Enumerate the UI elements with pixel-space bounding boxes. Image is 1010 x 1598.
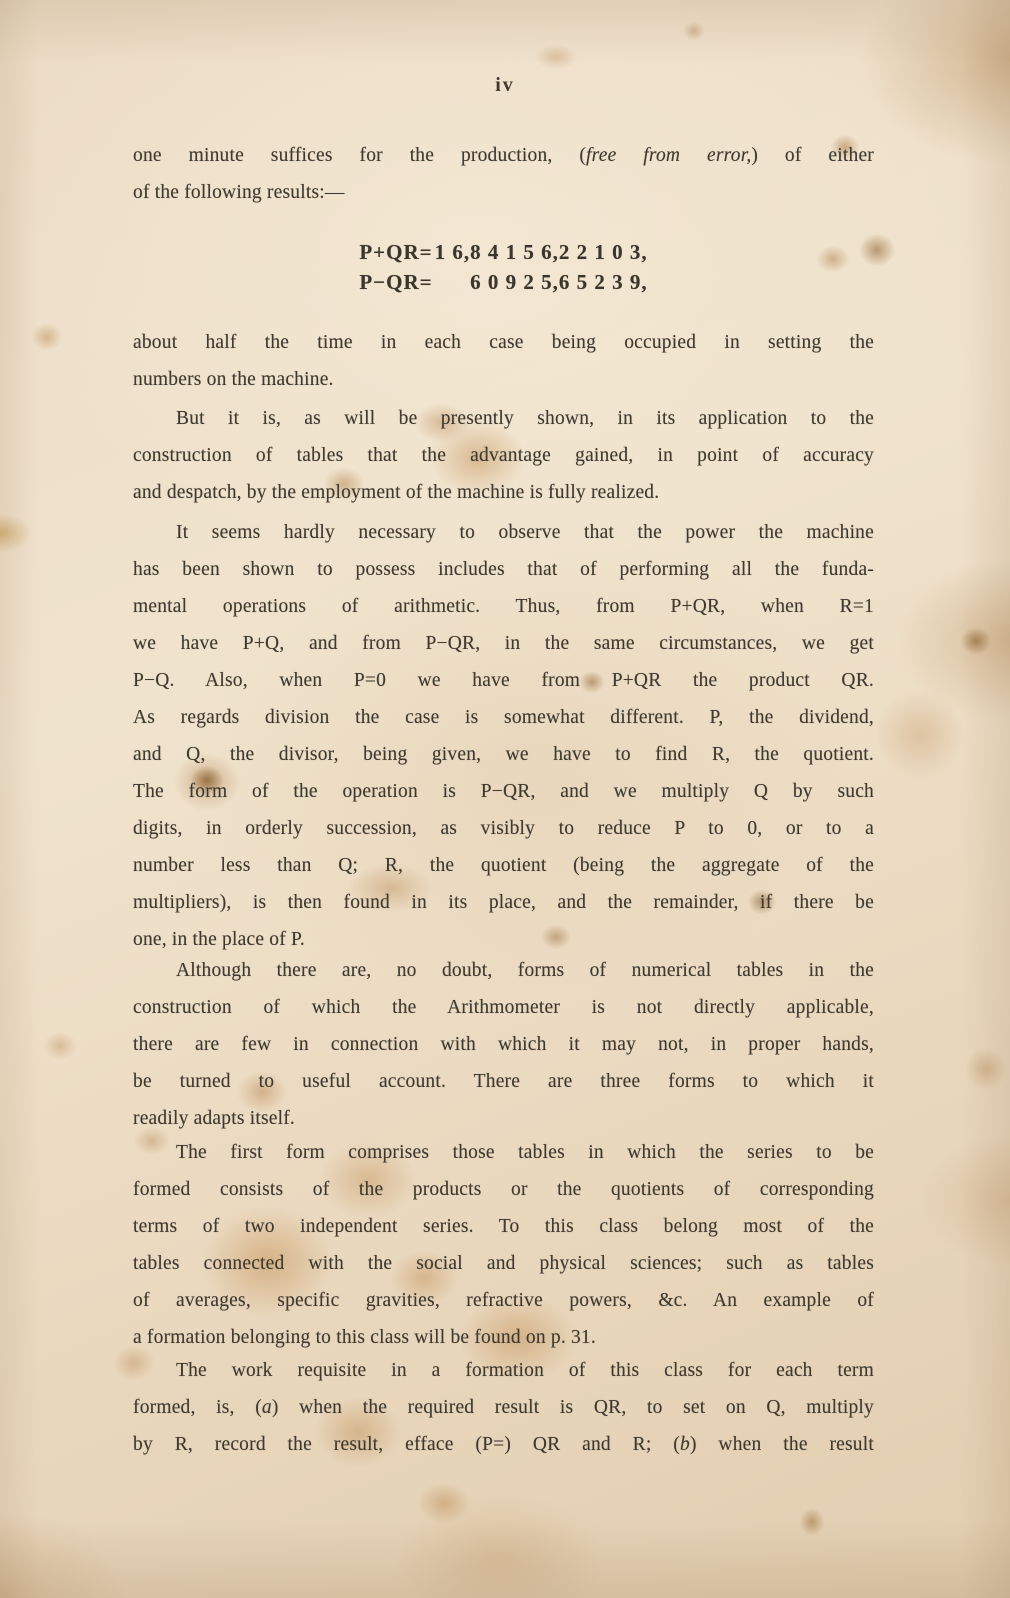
paragraph-first-form: The first form comprises those tables in… xyxy=(133,1134,874,1356)
text-segment: But it is, as will be presently shown, i… xyxy=(176,408,874,429)
text-segment: P−Q. Also, when P=0 we have from P+QR th… xyxy=(133,670,874,691)
text-segment: mental operations of arithmetic. Thus, f… xyxy=(133,596,874,617)
equation-label: P−QR= xyxy=(359,267,432,297)
text-segment: number less than Q; R, the quotient (bei… xyxy=(133,855,874,876)
text-segment: one minute suffices for the production, … xyxy=(133,145,586,166)
text-segment: be turned to useful account. There are t… xyxy=(133,1071,874,1092)
text-segment: tables connected with the social and phy… xyxy=(133,1253,874,1274)
text-segment: formed, is, ( xyxy=(133,1397,262,1418)
text-line: of averages, specific gravities, refract… xyxy=(133,1282,874,1319)
paragraph-but-it-is: But it is, as will be presently shown, i… xyxy=(133,400,874,511)
text-line: formed consists of the products or the q… xyxy=(133,1171,874,1208)
text-line: formed, is, (a) when the required result… xyxy=(133,1389,874,1426)
paragraph-although: Although there are, no doubt, forms of n… xyxy=(133,952,874,1137)
paragraph-about-half: about half the time in each case being o… xyxy=(133,324,874,398)
text-segment: Although there are, no doubt, forms of n… xyxy=(176,960,874,981)
text-segment: we have P+Q, and from P−QR, in the same … xyxy=(133,633,874,654)
equation-grid: P+QR=1 6,8 4 1 5 6,2 2 1 0 3,P−QR=6 0 9 … xyxy=(359,237,647,297)
text-line: tables connected with the social and phy… xyxy=(133,1245,874,1282)
text-segment: ) of either xyxy=(751,145,874,166)
text-segment: The work requisite in a formation of thi… xyxy=(176,1360,874,1381)
text-segment: about half the time in each case being o… xyxy=(133,332,874,353)
text-segment: has been shown to possess includes that … xyxy=(133,559,874,580)
text-line: has been shown to possess includes that … xyxy=(133,551,874,588)
text-segment: and despatch, by the employment of the m… xyxy=(133,482,659,503)
equation-value: 1 6,8 4 1 5 6,2 2 1 0 3, xyxy=(435,237,648,267)
text-line: The form of the operation is P−QR, and w… xyxy=(133,773,874,810)
text-line: and despatch, by the employment of the m… xyxy=(133,474,874,511)
text-line: one minute suffices for the production, … xyxy=(133,137,874,174)
text-line: But it is, as will be presently shown, i… xyxy=(133,400,874,437)
text-segment: As regards division the case is somewhat… xyxy=(133,707,874,728)
italic-text-segment: a xyxy=(262,1397,272,1418)
text-segment: by R, record the result, efface (P=) QR … xyxy=(133,1434,680,1455)
text-line: by R, record the result, efface (P=) QR … xyxy=(133,1426,874,1463)
equation-value: 6 0 9 2 5,6 5 2 3 9, xyxy=(435,267,648,297)
text-line: mental operations of arithmetic. Thus, f… xyxy=(133,588,874,625)
paragraph-work-requisite: The work requisite in a formation of thi… xyxy=(133,1352,874,1463)
text-segment: a formation belonging to this class will… xyxy=(133,1327,596,1348)
text-line: be turned to useful account. There are t… xyxy=(133,1063,874,1100)
text-line: we have P+Q, and from P−QR, in the same … xyxy=(133,625,874,662)
text-line: construction of which the Arithmometer i… xyxy=(133,989,874,1026)
text-segment: construction of which the Arithmometer i… xyxy=(133,997,874,1018)
text-line: multipliers), is then found in its place… xyxy=(133,884,874,921)
text-segment: there are few in connection with which i… xyxy=(133,1034,874,1055)
text-line: Although there are, no doubt, forms of n… xyxy=(133,952,874,989)
text-line: there are few in connection with which i… xyxy=(133,1026,874,1063)
paragraph-opening: one minute suffices for the production, … xyxy=(133,137,874,211)
text-line: about half the time in each case being o… xyxy=(133,324,874,361)
text-line: readily adapts itself. xyxy=(133,1100,874,1137)
page-number: iv xyxy=(0,74,1010,97)
text-segment: numbers on the machine. xyxy=(133,369,334,390)
text-segment: construction of tables that the advantag… xyxy=(133,445,874,466)
text-segment: ) when the required result is QR, to set… xyxy=(272,1397,874,1418)
text-line: As regards division the case is somewhat… xyxy=(133,699,874,736)
text-segment: one, in the place of P. xyxy=(133,929,305,950)
text-segment: multipliers), is then found in its place… xyxy=(133,892,874,913)
text-segment: and Q, the divisor, being given, we have… xyxy=(133,744,874,765)
body-text: one minute suffices for the production, … xyxy=(133,137,874,1463)
text-segment: terms of two independent series. To this… xyxy=(133,1216,874,1237)
text-line: and Q, the divisor, being given, we have… xyxy=(133,736,874,773)
italic-text-segment: b xyxy=(680,1434,690,1455)
text-line: digits, in orderly succession, as visibl… xyxy=(133,810,874,847)
text-segment: digits, in orderly succession, as visibl… xyxy=(133,818,874,839)
text-line: It seems hardly necessary to observe tha… xyxy=(133,514,874,551)
text-segment: The form of the operation is P−QR, and w… xyxy=(133,781,874,802)
text-line: The first form comprises those tables in… xyxy=(133,1134,874,1171)
paragraph-it-seems: It seems hardly necessary to observe tha… xyxy=(133,514,874,958)
equation-block: P+QR=1 6,8 4 1 5 6,2 2 1 0 3,P−QR=6 0 9 … xyxy=(133,237,874,297)
text-segment: formed consists of the products or the q… xyxy=(133,1179,874,1200)
text-segment: It seems hardly necessary to observe tha… xyxy=(176,522,874,543)
text-line: numbers on the machine. xyxy=(133,361,874,398)
scanned-book-page: iv one minute suffices for the productio… xyxy=(0,0,1010,1598)
text-segment: The first form comprises those tables in… xyxy=(176,1142,874,1163)
text-segment: readily adapts itself. xyxy=(133,1108,295,1129)
text-line: The work requisite in a formation of thi… xyxy=(133,1352,874,1389)
text-line: of the following results:— xyxy=(133,174,874,211)
italic-text-segment: free from error, xyxy=(586,145,751,166)
text-line: P−Q. Also, when P=0 we have from P+QR th… xyxy=(133,662,874,699)
text-line: terms of two independent series. To this… xyxy=(133,1208,874,1245)
text-line: construction of tables that the advantag… xyxy=(133,437,874,474)
text-segment: of averages, specific gravities, refract… xyxy=(133,1290,874,1311)
equation-label: P+QR= xyxy=(359,237,432,267)
text-segment: of the following results:— xyxy=(133,182,345,203)
text-line: a formation belonging to this class will… xyxy=(133,1319,874,1356)
text-segment: ) when the result xyxy=(690,1434,874,1455)
text-line: number less than Q; R, the quotient (bei… xyxy=(133,847,874,884)
